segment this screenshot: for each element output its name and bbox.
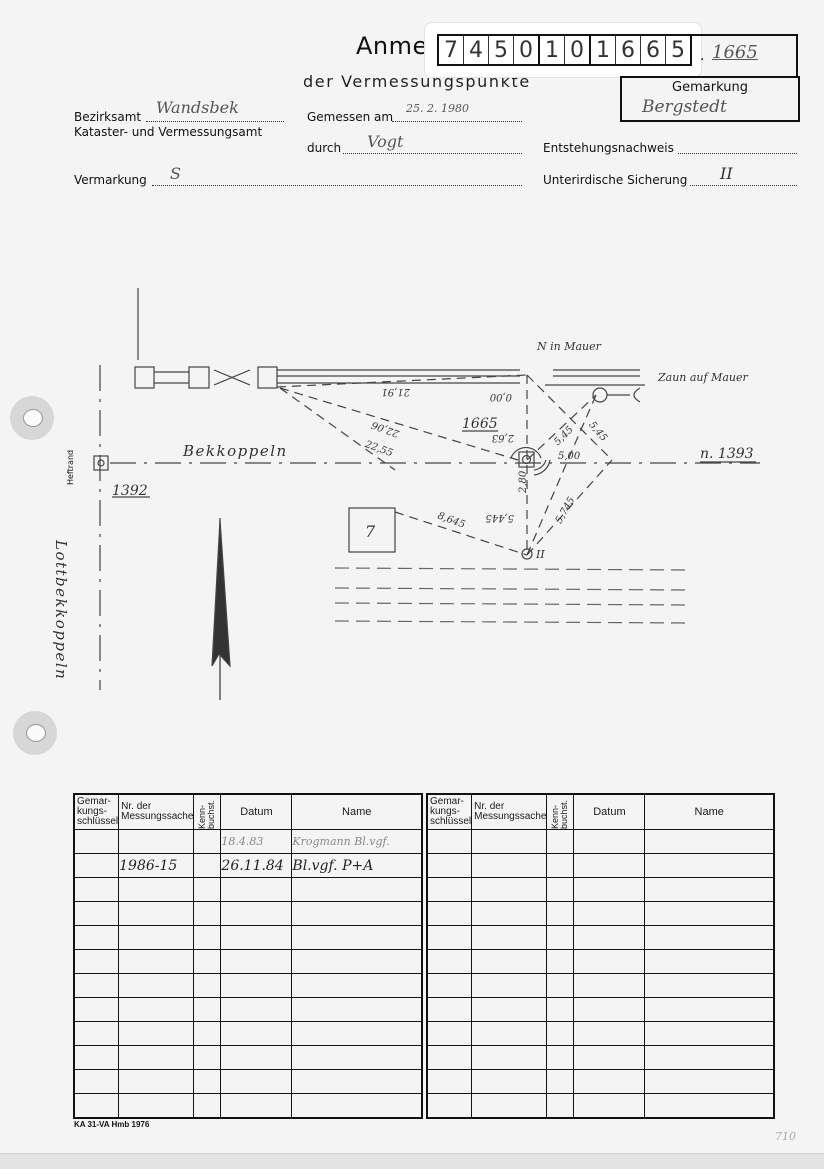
table-cell[interactable] — [292, 1070, 422, 1094]
table-row — [427, 926, 774, 950]
table-cell[interactable] — [194, 1022, 221, 1046]
column-header: Datum — [221, 794, 292, 830]
table-cell[interactable] — [119, 1094, 194, 1119]
vermarkung-label: Vermarkung — [74, 173, 147, 187]
entstehung-field[interactable] — [678, 136, 797, 154]
table-cell[interactable] — [574, 1046, 645, 1070]
point-number-value: 1665 — [712, 42, 758, 63]
table-cell[interactable] — [292, 1094, 422, 1119]
form-identifier: KA 31-VA Hmb 1976 — [74, 1120, 149, 1129]
table-cell[interactable] — [427, 878, 472, 902]
table-cell[interactable] — [74, 854, 119, 878]
table-cell[interactable] — [547, 1022, 574, 1046]
table-cell[interactable] — [472, 1070, 547, 1094]
table-cell[interactable] — [292, 926, 422, 950]
table-cell[interactable] — [547, 830, 574, 854]
table-cell[interactable] — [427, 1022, 472, 1046]
table-cell[interactable] — [221, 878, 292, 902]
durch-label: durch — [307, 141, 341, 155]
table-row — [74, 950, 422, 974]
table-cell[interactable] — [194, 1070, 221, 1094]
table-cell[interactable] — [574, 854, 645, 878]
table-cell[interactable] — [427, 926, 472, 950]
table-cell[interactable] — [427, 950, 472, 974]
table-cell[interactable] — [194, 878, 221, 902]
table-cell[interactable] — [645, 998, 774, 1022]
street-lottbekkoppeln: Lottbekkoppeln — [52, 539, 70, 680]
table-row — [74, 1022, 422, 1046]
measure-label: 22,55 — [363, 439, 395, 459]
table-row — [74, 1070, 422, 1094]
table-cell[interactable] — [119, 878, 194, 902]
measure-label: 0,00 — [489, 391, 512, 402]
table-cell[interactable] — [74, 1046, 119, 1070]
table-cell[interactable] — [472, 902, 547, 926]
bezirksamt-value: Wandsbek — [156, 98, 239, 117]
table-cell[interactable] — [574, 830, 645, 854]
table-cell[interactable] — [427, 1070, 472, 1094]
measure-label: 2,63 — [492, 432, 515, 443]
table-cell[interactable] — [119, 950, 194, 974]
table-cell[interactable] — [645, 830, 774, 854]
measure-label: 5,445 — [485, 512, 514, 523]
table-cell[interactable] — [194, 926, 221, 950]
table-cell[interactable] — [194, 1046, 221, 1070]
table-cell[interactable] — [221, 974, 292, 998]
sicherung-field[interactable]: II — [690, 168, 797, 186]
table-row — [74, 926, 422, 950]
register-table-right: Gemar-kungs-schlüsselNr. der Messungssac… — [426, 793, 775, 1119]
table-row — [74, 974, 422, 998]
measure-label: 21,91 — [381, 386, 411, 397]
gemessen-field[interactable]: 25. 2. 1980 — [392, 104, 522, 122]
column-header: Gemar-kungs-schlüssel — [427, 794, 472, 830]
table-cell[interactable] — [74, 1022, 119, 1046]
stamp-digit: 7 — [439, 36, 464, 64]
table-row — [74, 1094, 422, 1119]
table-cell[interactable] — [194, 854, 221, 878]
scan-bottom-edge — [0, 1153, 824, 1169]
table-cell[interactable] — [292, 950, 422, 974]
table-cell[interactable] — [292, 878, 422, 902]
bezirksamt-field[interactable]: Wandsbek — [146, 104, 284, 122]
column-header: Nr. der Messungssache — [119, 794, 194, 830]
table-cell[interactable] — [547, 878, 574, 902]
form-title: Anme — [356, 32, 428, 60]
table-cell[interactable] — [221, 926, 292, 950]
point-1392: 1392 — [112, 483, 148, 499]
table-cell[interactable] — [574, 950, 645, 974]
point-1665-label: 1665 — [462, 416, 498, 432]
table-cell[interactable] — [427, 998, 472, 1022]
table-cell[interactable] — [221, 1046, 292, 1070]
stamp-digit: 6 — [616, 36, 641, 64]
measure-label: 8,645 — [436, 511, 467, 531]
gemessen-value: 25. 2. 1980 — [406, 102, 469, 115]
table-row — [74, 1046, 422, 1070]
measure-label: 22,06 — [370, 418, 402, 439]
table-cell[interactable] — [292, 902, 422, 926]
table-cell[interactable] — [574, 1070, 645, 1094]
table-cell[interactable] — [194, 974, 221, 998]
gemarkung-label: Gemarkung — [622, 80, 798, 95]
number-stamp: 7450101665 — [424, 22, 702, 78]
table-cell[interactable] — [119, 1070, 194, 1094]
table-cell[interactable] — [74, 1094, 119, 1119]
stamp-digit: 5 — [489, 36, 514, 64]
gemarkung-value: Bergstedt — [642, 97, 727, 117]
table-cell[interactable] — [645, 1022, 774, 1046]
stamp-digit: 4 — [464, 36, 489, 64]
table-row — [427, 1070, 774, 1094]
table-row — [74, 878, 422, 902]
table-cell[interactable] — [645, 878, 774, 902]
table-cell[interactable] — [427, 854, 472, 878]
table-cell[interactable] — [574, 878, 645, 902]
table-cell[interactable] — [221, 1070, 292, 1094]
stamp-digit: 0 — [514, 36, 540, 64]
table-cell[interactable] — [194, 902, 221, 926]
column-header: Nr. der Messungssache — [472, 794, 547, 830]
table-cell[interactable] — [574, 926, 645, 950]
table-row — [427, 1022, 774, 1046]
table-cell[interactable] — [547, 1094, 574, 1119]
street-bekkoppeln: Bekkoppeln — [182, 442, 288, 460]
table-row — [427, 854, 774, 878]
stamp-digit: 1 — [540, 36, 565, 64]
nr-prefix: . — [700, 48, 704, 64]
table-cell[interactable] — [472, 1094, 547, 1119]
table-row — [427, 1094, 774, 1119]
table-cell[interactable] — [547, 902, 574, 926]
gemessen-label: Gemessen am — [307, 110, 393, 124]
table-cell[interactable] — [645, 1046, 774, 1070]
table-row — [427, 878, 774, 902]
sicherung-label: Unterirdische Sicherung — [543, 173, 687, 187]
stamp-digit: 0 — [565, 36, 591, 64]
table-cell[interactable]: 1986-15 — [119, 854, 194, 878]
table-cell[interactable] — [574, 1094, 645, 1119]
table-cell[interactable] — [74, 974, 119, 998]
table-cell[interactable] — [427, 1094, 472, 1119]
table-cell[interactable] — [427, 974, 472, 998]
measure-label: 2,80 — [518, 470, 529, 494]
column-header: Name — [645, 794, 774, 830]
durch-field[interactable]: Vogt — [343, 136, 522, 154]
vermarkung-field[interactable]: S — [152, 168, 522, 186]
table-cell[interactable] — [194, 998, 221, 1022]
table-cell[interactable] — [194, 830, 221, 854]
sicherung-value: II — [720, 164, 733, 183]
table-cell[interactable] — [74, 998, 119, 1022]
table-cell[interactable] — [427, 1046, 472, 1070]
durch-value: Vogt — [367, 132, 403, 151]
table-cell[interactable] — [292, 998, 422, 1022]
page-note: 710 — [775, 1130, 796, 1143]
table-cell[interactable] — [645, 1070, 774, 1094]
gemarkung-box: Gemarkung Bergstedt — [620, 76, 800, 122]
table-cell[interactable] — [472, 926, 547, 950]
table-cell[interactable] — [645, 1094, 774, 1119]
table-cell[interactable] — [221, 1094, 292, 1119]
table-cell[interactable] — [645, 974, 774, 998]
table-cell[interactable] — [574, 998, 645, 1022]
table-cell[interactable] — [547, 998, 574, 1022]
table-cell[interactable] — [194, 950, 221, 974]
table-cell[interactable]: Bl.vgf. P+A — [292, 854, 422, 878]
table-cell[interactable] — [547, 1070, 574, 1094]
table-row — [427, 998, 774, 1022]
table-cell[interactable] — [574, 902, 645, 926]
table-cell[interactable] — [427, 830, 472, 854]
table-cell[interactable] — [119, 902, 194, 926]
table-cell[interactable] — [645, 926, 774, 950]
table-row — [427, 902, 774, 926]
table-cell[interactable] — [221, 902, 292, 926]
point-1393: n. 1393 — [700, 446, 754, 462]
table-cell[interactable] — [645, 854, 774, 878]
table-cell[interactable] — [74, 830, 119, 854]
survey-sketch: Bekkoppeln 1392 n. 1393 1665 N in Mauer … — [0, 270, 824, 730]
table-cell[interactable] — [472, 950, 547, 974]
table-row — [74, 998, 422, 1022]
table-cell[interactable] — [292, 1022, 422, 1046]
table-cell[interactable] — [547, 1046, 574, 1070]
table-cell[interactable] — [74, 902, 119, 926]
table-cell[interactable] — [119, 830, 194, 854]
table-cell[interactable] — [292, 1046, 422, 1070]
table-cell[interactable] — [292, 974, 422, 998]
table-cell[interactable] — [194, 1094, 221, 1119]
table-cell[interactable] — [472, 830, 547, 854]
note-wall: N in Mauer — [536, 340, 602, 353]
table-cell[interactable] — [472, 1046, 547, 1070]
table-cell[interactable] — [221, 998, 292, 1022]
table-cell[interactable] — [547, 950, 574, 974]
table-cell[interactable] — [221, 1022, 292, 1046]
table-row — [427, 830, 774, 854]
table-cell[interactable] — [472, 974, 547, 998]
stamp-digit: 1 — [591, 36, 616, 64]
bezirksamt-label: Bezirksamt — [74, 110, 141, 124]
table-row — [427, 974, 774, 998]
column-header: Kenn-buchst. — [547, 794, 574, 830]
table-cell[interactable] — [472, 854, 547, 878]
table-cell[interactable] — [574, 974, 645, 998]
table-row: 18.4.83Krogmann Bl.vgf. — [74, 830, 422, 854]
stamp-digit-boxes: 7450101665 — [437, 34, 692, 66]
measure-label: 5,45 — [552, 424, 576, 448]
table-row — [427, 1046, 774, 1070]
note-fence: Zaun auf Mauer — [657, 371, 748, 384]
table-cell[interactable] — [472, 998, 547, 1022]
house-number: 7 — [365, 522, 376, 541]
register-table-left: Gemar-kungs-schlüsselNr. der Messungssac… — [73, 793, 423, 1119]
table-row — [427, 950, 774, 974]
security-mark: II — [535, 548, 545, 561]
table-cell[interactable] — [119, 1022, 194, 1046]
table-cell[interactable] — [74, 950, 119, 974]
table-cell[interactable] — [547, 974, 574, 998]
entstehung-label: Entstehungsnachweis — [543, 141, 674, 155]
table-cell[interactable] — [74, 878, 119, 902]
table-cell[interactable]: 18.4.83 — [221, 830, 292, 854]
table-cell[interactable] — [472, 878, 547, 902]
stamp-digit: 6 — [641, 36, 666, 64]
column-header: Name — [292, 794, 422, 830]
table-cell[interactable] — [472, 1022, 547, 1046]
table-cell[interactable] — [119, 974, 194, 998]
table-cell[interactable] — [547, 854, 574, 878]
table-cell[interactable]: Krogmann Bl.vgf. — [292, 830, 422, 854]
table-cell[interactable] — [119, 998, 194, 1022]
table-cell[interactable]: 26.11.84 — [221, 854, 292, 878]
measure-label: 5,45 — [586, 420, 609, 444]
column-header: Datum — [574, 794, 645, 830]
table-cell[interactable] — [74, 1070, 119, 1094]
table-cell[interactable] — [574, 1022, 645, 1046]
column-header: Gemar-kungs-schlüssel — [74, 794, 119, 830]
table-cell[interactable] — [645, 902, 774, 926]
survey-form-page: Anme der Vermessungspunkte 7450101665 . … — [0, 0, 824, 1153]
table-cell[interactable] — [427, 902, 472, 926]
measure-label: 5,00 — [558, 451, 581, 462]
vermarkung-value: S — [170, 164, 181, 183]
column-header: Kenn-buchst. — [194, 794, 221, 830]
table-row — [74, 902, 422, 926]
table-cell[interactable] — [74, 926, 119, 950]
table-cell[interactable] — [221, 950, 292, 974]
table-row: 1986-1526.11.84Bl.vgf. P+A — [74, 854, 422, 878]
table-cell[interactable] — [119, 926, 194, 950]
table-cell[interactable] — [547, 926, 574, 950]
table-cell[interactable] — [119, 1046, 194, 1070]
measure-label: 5,745 — [554, 495, 578, 525]
table-cell[interactable] — [645, 950, 774, 974]
amt-label: Kataster- und Vermessungsamt — [74, 125, 262, 139]
